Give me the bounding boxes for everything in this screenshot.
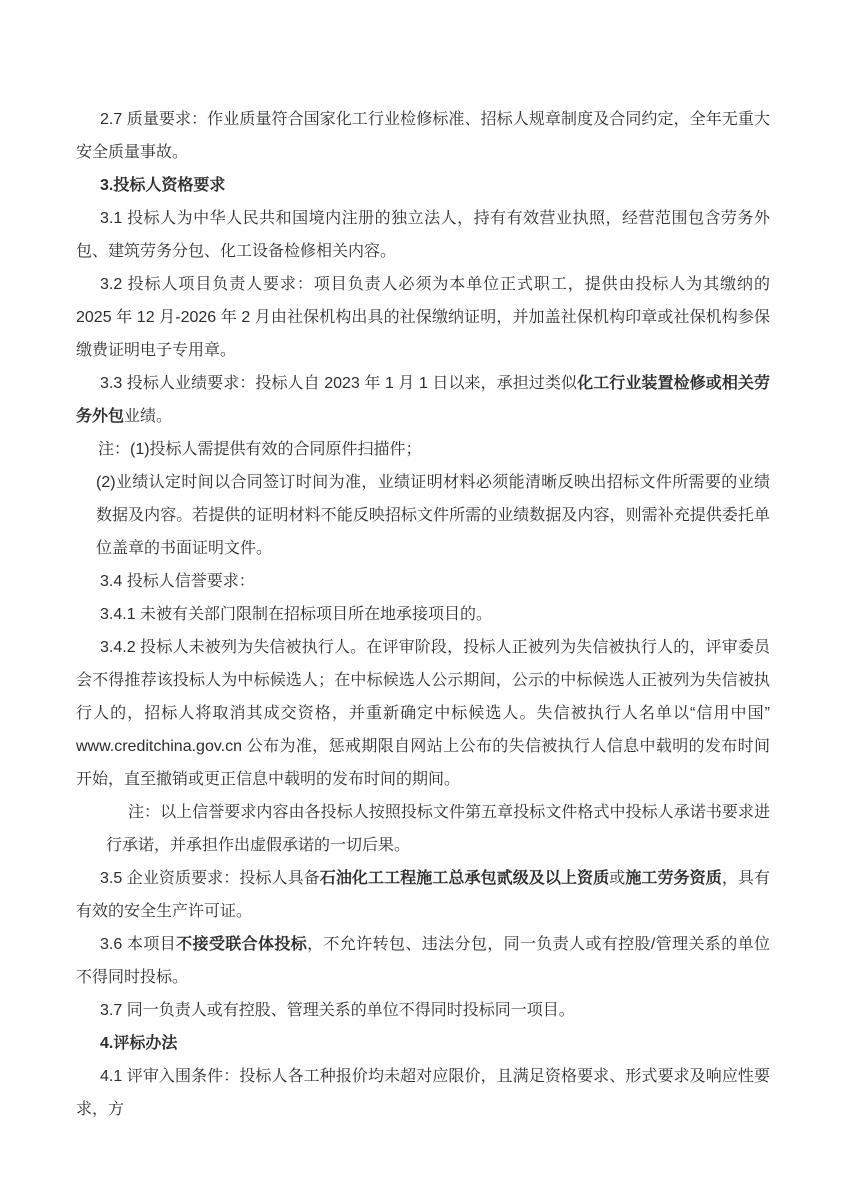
text-run-note-2-0: (2)业绩认定时间以合同签订时间为准，业绩证明材料必须能清晰反映出招标文件所需要… — [96, 474, 770, 557]
document-page: 2.7 质量要求：作业质量符合国家化工行业检修标准、招标人规章制度及合同约定，全… — [0, 0, 848, 1200]
text-run-clause-4-1-0: 4.1 评审入围条件：投标人各工种报价均未超对应限价，且满足资格要求、形式要求及… — [76, 1068, 770, 1118]
document-content: 2.7 质量要求：作业质量符合国家化工行业检修标准、招标人规章制度及合同约定，全… — [76, 103, 770, 1126]
paragraph-clause-3-7: 3.7 同一负责人或有控股、管理关系的单位不得同时投标同一项目。 — [76, 994, 770, 1027]
text-run-clause-3-4-1-0: 3.4.1 未被有关部门限制在招标项目所在地承接项目的。 — [100, 606, 492, 623]
text-run-note-credit-0: 注：以上信誉要求内容由各投标人按照投标文件第五章投标文件格式中投标人承诺书要求进… — [106, 804, 770, 854]
bold-text-run-heading-3-0: 3.投标人资格要求 — [100, 177, 225, 194]
paragraph-clause-3-4-1: 3.4.1 未被有关部门限制在招标项目所在地承接项目的。 — [76, 598, 770, 631]
text-run-clause-3-3-0: 3.3 投标人业绩要求：投标人自 2023 年 1 月 1 日以来，承担过类似 — [100, 375, 577, 392]
paragraph-note-credit: 注：以上信誉要求内容由各投标人按照投标文件第五章投标文件格式中投标人承诺书要求进… — [106, 796, 770, 862]
paragraph-clause-3-5: 3.5 企业资质要求：投标人具备石油化工工程施工总承包贰级及以上资质或施工劳务资… — [76, 862, 770, 928]
paragraph-heading-3: 3.投标人资格要求 — [76, 169, 770, 202]
text-run-clause-3-3-2: 业绩。 — [124, 408, 172, 425]
text-run-clause-3-5-2: 或 — [609, 870, 625, 887]
paragraph-clause-3-6: 3.6 本项目不接受联合体投标，不允许转包、违法分包，同一负责人或有控股/管理关… — [76, 928, 770, 994]
paragraph-clause-3-1: 3.1 投标人为中华人民共和国境内注册的独立法人，持有有效营业执照，经营范围包含… — [76, 202, 770, 268]
text-run-clause-3-5-0: 3.5 企业资质要求：投标人具备 — [100, 870, 320, 887]
text-run-clause-3-7-0: 3.7 同一负责人或有控股、管理关系的单位不得同时投标同一项目。 — [100, 1002, 575, 1019]
paragraph-heading-4: 4.评标办法 — [76, 1027, 770, 1060]
text-run-clause-3-4-0: 3.4 投标人信誉要求： — [100, 573, 255, 590]
paragraph-note-2: (2)业绩认定时间以合同签订时间为准，业绩证明材料必须能清晰反映出招标文件所需要… — [96, 466, 770, 565]
text-run-clause-3-2-0: 3.2 投标人项目负责人要求：项目负责人必须为本单位正式职工，提供由投标人为其缴… — [76, 276, 770, 359]
paragraph-clause-3-3: 3.3 投标人业绩要求：投标人自 2023 年 1 月 1 日以来，承担过类似化… — [76, 367, 770, 433]
text-run-note-1-0: 注：(1)投标人需提供有效的合同原件扫描件； — [98, 441, 422, 458]
paragraph-clause-3-2: 3.2 投标人项目负责人要求：项目负责人必须为本单位正式职工，提供由投标人为其缴… — [76, 268, 770, 367]
text-run-clause-3-6-0: 3.6 本项目 — [100, 936, 176, 953]
bold-text-run-clause-3-6-1: 不接受联合体投标 — [176, 936, 307, 953]
paragraph-clause-4-1: 4.1 评审入围条件：投标人各工种报价均未超对应限价，且满足资格要求、形式要求及… — [76, 1060, 770, 1126]
text-run-clause-2-7-0: 2.7 质量要求：作业质量符合国家化工行业检修标准、招标人规章制度及合同约定，全… — [76, 111, 770, 161]
paragraph-clause-2-7: 2.7 质量要求：作业质量符合国家化工行业检修标准、招标人规章制度及合同约定，全… — [76, 103, 770, 169]
bold-text-run-clause-3-5-3: 施工劳务资质 — [625, 870, 722, 887]
paragraph-note-1: 注：(1)投标人需提供有效的合同原件扫描件； — [76, 433, 770, 466]
text-run-clause-3-4-2-0: 3.4.2 投标人未被列为失信被执行人。在评审阶段，投标人正被列为失信被执行人的… — [76, 639, 770, 788]
paragraph-clause-3-4-2: 3.4.2 投标人未被列为失信被执行人。在评审阶段，投标人正被列为失信被执行人的… — [76, 631, 770, 796]
paragraph-clause-3-4: 3.4 投标人信誉要求： — [76, 565, 770, 598]
bold-text-run-clause-3-5-1: 石油化工工程施工总承包贰级及以上资质 — [320, 870, 609, 887]
bold-text-run-heading-4-0: 4.评标办法 — [100, 1035, 177, 1052]
text-run-clause-3-1-0: 3.1 投标人为中华人民共和国境内注册的独立法人，持有有效营业执照，经营范围包含… — [76, 210, 770, 260]
